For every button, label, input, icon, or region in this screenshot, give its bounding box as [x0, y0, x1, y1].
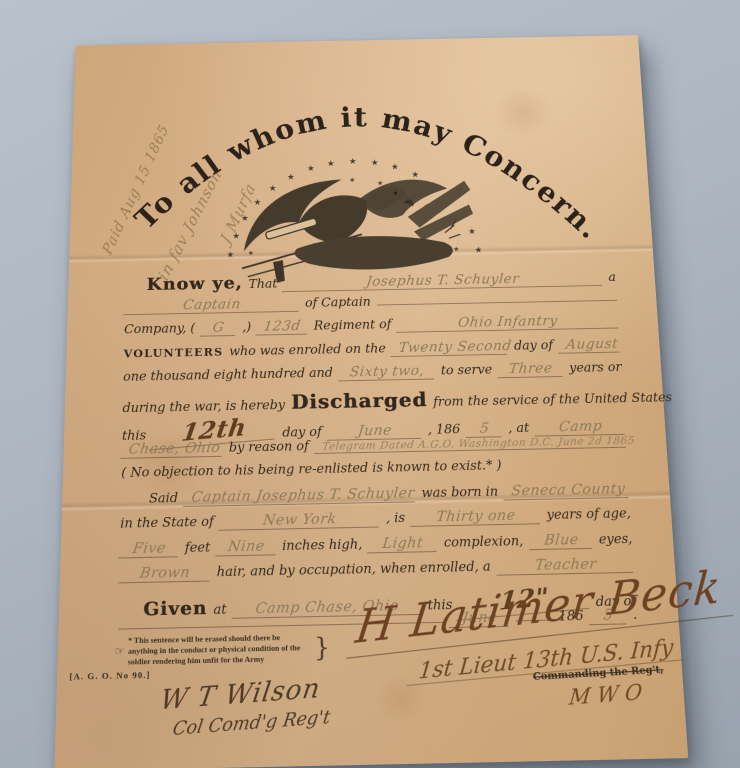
- svg-text:★: ★: [307, 164, 315, 174]
- photo-scene: Paid Aug 15 1865 in fav Johnson J Murfa …: [0, 0, 740, 768]
- printed-text: to serve: [441, 363, 493, 379]
- discharge-certificate-paper: Paid Aug 15 1865 in fav Johnson J Murfa …: [54, 35, 688, 768]
- printed-text: ,): [242, 320, 251, 335]
- handwritten-fill: Seneca County: [503, 480, 630, 500]
- handwritten-fill: Camp: [534, 418, 626, 437]
- svg-text:★: ★: [371, 159, 379, 169]
- printed-text: feet: [185, 540, 211, 556]
- printed-text: a: [608, 271, 616, 285]
- printed-text: at: [213, 602, 226, 618]
- handwritten-fill: 123d: [256, 318, 309, 335]
- handwritten-fill: Nine: [215, 537, 277, 556]
- printed-text: VOLUNTEERS: [124, 344, 224, 359]
- printed-text: , 186: [428, 422, 461, 438]
- svg-text:★: ★: [241, 214, 249, 224]
- printed-text: from the service of the United States: [433, 390, 673, 409]
- printed-text: eyes,: [598, 531, 632, 547]
- printed-text: Said: [149, 490, 178, 506]
- form-number: [A. G. O. No 90.]: [69, 669, 150, 681]
- handwritten-fill: Light: [367, 534, 438, 553]
- handwritten-fill: Twenty Second: [391, 338, 509, 357]
- footnote: ☞ * This sentence will be erased should …: [114, 632, 330, 668]
- printed-text: of Captain: [305, 295, 371, 311]
- handwritten-fill: Brown: [118, 564, 212, 584]
- printed-text: Regiment of: [314, 318, 392, 334]
- printed-text: That: [248, 277, 277, 292]
- handwritten-fill: 5: [465, 420, 503, 438]
- svg-text:★: ★: [226, 251, 234, 261]
- printed-text: Discharged: [291, 387, 428, 413]
- footnote-text: * This sentence will be erased should th…: [128, 632, 311, 667]
- handwritten-fill: June: [327, 422, 423, 441]
- svg-text:★: ★: [453, 245, 459, 253]
- printed-text: , is: [386, 511, 405, 527]
- svg-text:★: ★: [254, 198, 262, 208]
- commanding-note: M W O: [568, 679, 643, 711]
- handwritten-fill: Five: [118, 539, 180, 558]
- handwritten-fill: Chase, Ohio: [120, 439, 224, 458]
- svg-text:★: ★: [468, 227, 476, 237]
- printed-text: Company, (: [124, 321, 195, 337]
- handwritten-fill: Ohio Infantry: [396, 312, 619, 333]
- svg-text:★: ★: [248, 249, 254, 257]
- printed-text: years of age,: [546, 506, 631, 523]
- eagle-body: [242, 177, 476, 283]
- svg-text:★: ★: [327, 159, 335, 169]
- svg-text:★: ★: [269, 184, 277, 194]
- printed-text: in the State of: [120, 515, 214, 532]
- printed-text: , at: [508, 421, 530, 436]
- handwritten-fill: August: [558, 336, 621, 354]
- svg-text:★: ★: [349, 176, 355, 184]
- blank-rule: [377, 299, 618, 305]
- handwritten-fill: New York: [219, 510, 381, 531]
- handwritten-fill: Thirty one: [410, 507, 541, 527]
- printed-text: who was enrolled on the: [229, 341, 386, 359]
- svg-text:★: ★: [411, 170, 419, 180]
- printed-text: hair, and by occupation, when enrolled, …: [217, 559, 491, 580]
- footnote-brace: }: [314, 632, 330, 662]
- handwritten-fill: G: [200, 320, 238, 337]
- printed-text: Given: [143, 597, 207, 620]
- printed-text: one thousand eight hundred and: [123, 366, 333, 385]
- printed-text: day of: [514, 338, 554, 353]
- handwritten-fill: Sixty two,: [338, 363, 436, 381]
- svg-text:★: ★: [391, 163, 399, 173]
- svg-text:★: ★: [232, 232, 240, 242]
- handwritten-fill: Blue: [529, 531, 594, 550]
- printed-text: years or: [569, 360, 622, 376]
- pointing-hand-icon: ☞: [115, 645, 125, 659]
- handwritten-fill: Captain Josephus T. Schuyler: [183, 485, 417, 507]
- printed-text: inches high,: [282, 537, 362, 554]
- svg-text:★: ★: [474, 246, 482, 256]
- handwritten-fill: Josephus T. Schuyler: [282, 270, 603, 292]
- printed-text: Know ye,: [146, 273, 242, 295]
- handwritten-fill: Three: [497, 360, 564, 378]
- printed-text: was born in: [421, 484, 498, 501]
- svg-text:★: ★: [287, 173, 295, 183]
- svg-text:★: ★: [349, 157, 357, 167]
- printed-text: complexion,: [444, 533, 524, 550]
- handwritten-fill: Captain: [123, 295, 300, 315]
